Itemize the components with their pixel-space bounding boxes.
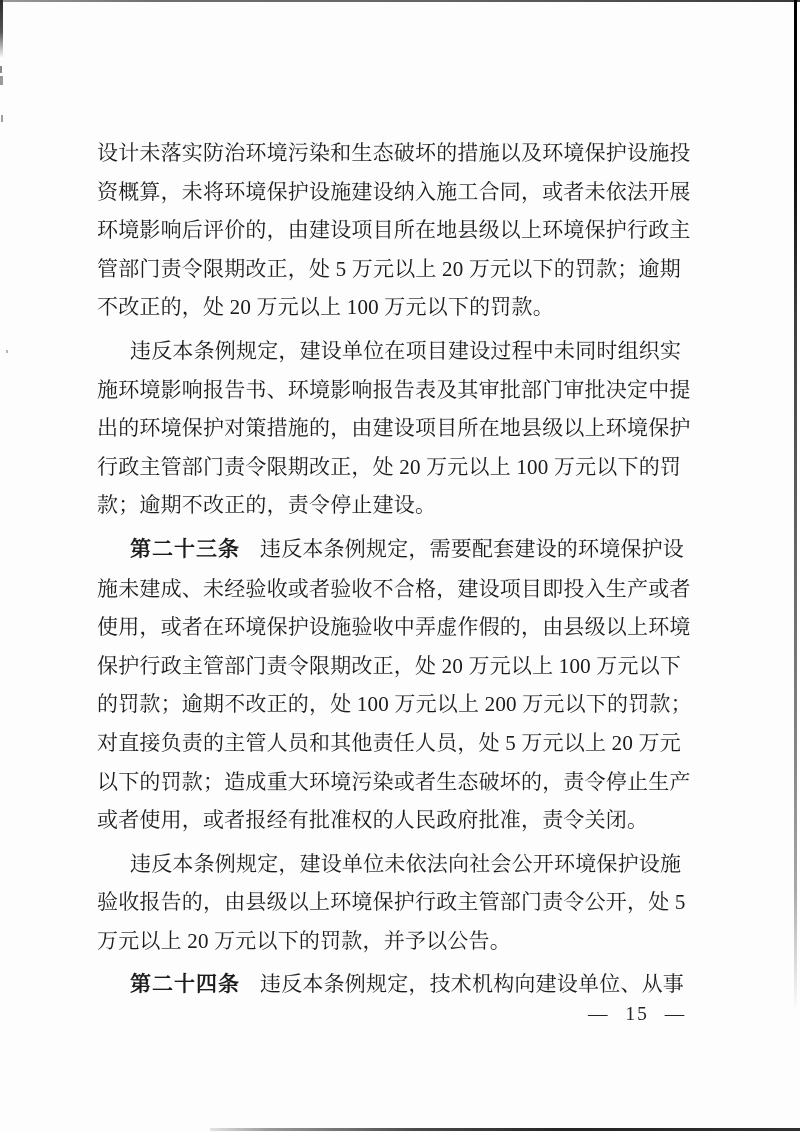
text-line: 款；逾期不改正的，责令停止建设。 (97, 486, 713, 525)
text-line: 违反本条例规定，建设单位在项目建设过程中未同时组织实 (97, 332, 713, 371)
text-line: 万元以上 20 万元以下的罚款，并予以公告。 (97, 922, 713, 961)
paragraph: 设计未落实防治环境污染和生态破坏的措施以及环境保护设施投 资概算，未将环境保护设… (97, 134, 713, 327)
paragraph-article-23: 第二十三条违反本条例规定，需要配套建设的环境保护设 施未建成、未经验收或者验收不… (97, 530, 713, 840)
scan-artifact-left-dot (6, 350, 8, 353)
paragraph-article-24: 第二十四条违反本条例规定，技术机构向建设单位、从事 (97, 965, 713, 1005)
scan-artifact-left-dash (0, 76, 3, 85)
paragraph: 违反本条例规定，建设单位未依法向社会公开环境保护设施 验收报告的，由县级以上环境… (97, 845, 713, 961)
text-line: 保护行政主管部门责令限期改正，处 20 万元以上 100 万元以下 (97, 647, 713, 686)
text-line: 使用，或者在环境保护设施验收中弄虚作假的，由县级以上环境 (97, 608, 713, 647)
article-text: 违反本条例规定，技术机构向建设单位、从事 (260, 972, 684, 996)
text-block: 设计未落实防治环境污染和生态破坏的措施以及环境保护设施投 资概算，未将环境保护设… (97, 134, 713, 1005)
text-line: 管部门责令限期改正，处 5 万元以上 20 万元以下的罚款；逾期 (97, 250, 713, 289)
scan-artifact-left-dash (1, 115, 3, 122)
text-line: 验收报告的，由县级以上环境保护行政主管部门责令公开，处 5 (97, 883, 713, 922)
scan-artifact-bottom-edge (210, 1128, 800, 1131)
article-number: 第二十三条 (130, 538, 240, 561)
scan-artifact-left-dash (0, 66, 2, 73)
document-page: 设计未落实防治环境污染和生态破坏的措施以及环境保护设施投 资概算，未将环境保护设… (0, 0, 800, 1132)
text-line: 施环境影响报告书、环境影响报告表及其审批部门审批决定中提 (97, 371, 713, 410)
text-line: 或者使用，或者报经有批准权的人民政府批准，责令关闭。 (97, 801, 713, 840)
scan-artifact-top-edge (0, 0, 800, 2)
scan-artifact-right-edge (794, 0, 797, 1010)
paragraph: 违反本条例规定，建设单位在项目建设过程中未同时组织实 施环境影响报告书、环境影响… (97, 332, 713, 525)
page-number: — 15 — (588, 1004, 686, 1026)
text-line: 第二十四条违反本条例规定，技术机构向建设单位、从事 (97, 965, 713, 1005)
text-line: 行政主管部门责令限期改正，处 20 万元以上 100 万元以下的罚 (97, 448, 713, 487)
text-line: 的罚款；逾期不改正的，处 100 万元以上 200 万元以下的罚款； (97, 685, 713, 724)
text-line: 不改正的，处 20 万元以上 100 万元以下的罚款。 (97, 288, 713, 327)
text-line: 以下的罚款；造成重大环境污染或者生态破坏的，责令停止生产 (97, 763, 713, 802)
article-number: 第二十四条 (130, 973, 240, 996)
text-line: 出的环境保护对策措施的，由建设项目所在地县级以上环境保护 (97, 409, 713, 448)
text-line: 环境影响后评价的，由建设项目所在地县级以上环境保护行政主 (97, 211, 713, 250)
text-line: 违反本条例规定，建设单位未依法向社会公开环境保护设施 (97, 845, 713, 884)
text-line: 资概算，未将环境保护设施建设纳入施工合同，或者未依法开展 (97, 173, 713, 212)
text-line: 对直接负责的主管人员和其他责任人员，处 5 万元以上 20 万元 (97, 724, 713, 763)
scan-artifact-left-smudge (0, 0, 3, 58)
article-text: 违反本条例规定，需要配套建设的环境保护设 (260, 537, 684, 561)
text-line: 设计未落实防治环境污染和生态破坏的措施以及环境保护设施投 (97, 134, 713, 173)
text-line: 第二十三条违反本条例规定，需要配套建设的环境保护设 (97, 530, 713, 570)
text-line: 施未建成、未经验收或者验收不合格，建设项目即投入生产或者 (97, 570, 713, 609)
